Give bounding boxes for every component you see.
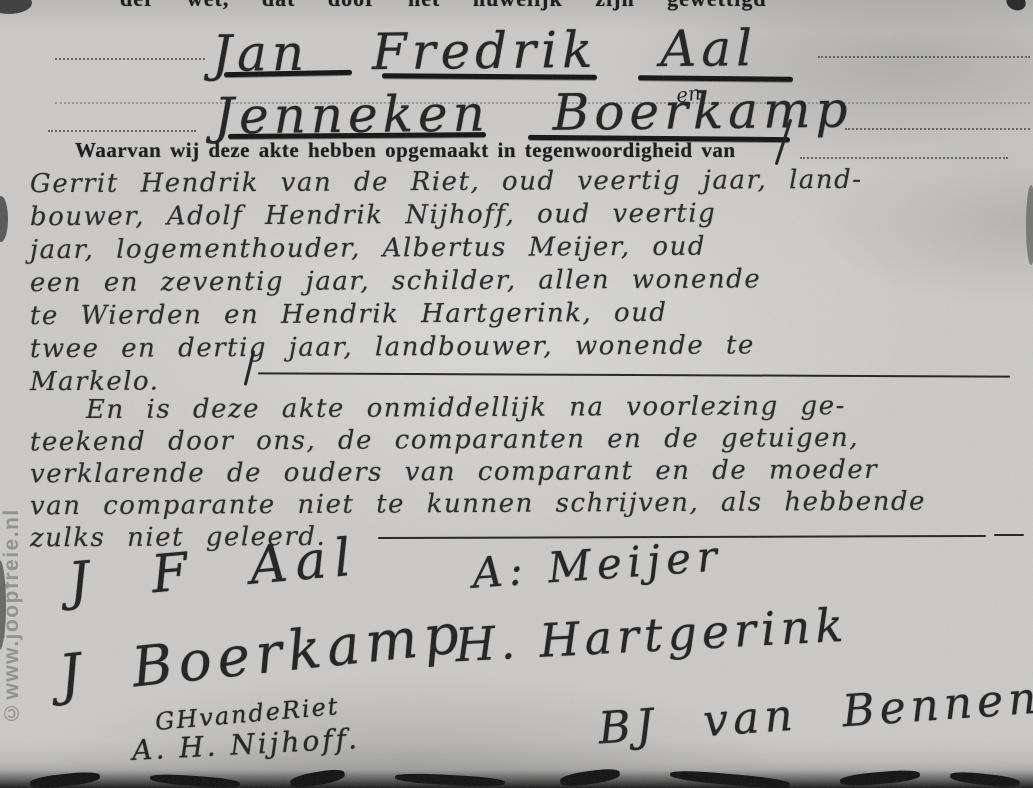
cutoff-writing	[395, 772, 505, 788]
paragraph-line: verklarende de ouders van comparant en d…	[30, 454, 926, 491]
cutoff-writing	[559, 767, 620, 788]
paragraph-line: jaar, logementhouder, Albertus Meijer, o…	[30, 230, 863, 267]
cutoff-writing	[670, 769, 791, 788]
top-clipped-printed-line: der wet, dat door het huwelijk zijn gewe…	[120, 0, 1033, 12]
paragraph-line: Gerrit Hendrik van de Riet, oud veertig …	[30, 164, 863, 201]
paragraph-line: van comparante niet te kunnen schrijven,…	[30, 486, 926, 523]
paragraph-line: En is deze akte onmiddellijk na voorlezi…	[30, 390, 926, 427]
printed-clause: Waarvan wij deze akte hebben opgemaakt i…	[75, 138, 736, 163]
cutoff-writing	[150, 773, 240, 788]
paragraph-line: teekend door ons, de comparanten en de g…	[30, 422, 926, 459]
cutoff-writing	[950, 770, 1021, 788]
signature-bride: J Boerkamp	[56, 601, 468, 707]
cutoff-writing	[840, 769, 921, 788]
witness-paragraph: Gerrit Hendrik van de Riet, oud veertig …	[30, 166, 863, 397]
edge-shadow	[0, 196, 8, 242]
dotted-rule	[800, 157, 1008, 159]
dotted-rule	[55, 58, 205, 60]
cutoff-writing	[30, 770, 101, 788]
signature-witness-hartgerink: H. Hartgerink	[454, 598, 850, 673]
dotted-rule	[845, 128, 1030, 130]
paragraph-line: te Wierden en Hendrik Hartgerink, oud	[30, 296, 863, 333]
closing-paragraph: En is deze akte onmiddellijk na voorlezi…	[30, 392, 926, 552]
paragraph-line: een en zeventig jaar, schilder, allen wo…	[30, 263, 863, 300]
dotted-rule	[48, 130, 196, 132]
edge-shadow	[1026, 185, 1033, 265]
dotted-rule	[818, 56, 1030, 58]
cutoff-writing	[289, 767, 345, 788]
watermark: ©www.joopfreie.nl	[0, 372, 24, 724]
signature-registrar: BJ van Bennen	[597, 673, 1033, 755]
fill-line	[994, 534, 1024, 536]
paragraph-line: twee en dertig jaar, landbouwer, wonende…	[30, 329, 863, 366]
paragraph-line: bouwer, Adolf Hendrik Nijhoff, oud veert…	[30, 197, 863, 234]
document-scan: der wet, dat door het huwelijk zijn gewe…	[0, 0, 1033, 788]
ink-blot	[0, 0, 32, 14]
bottom-tear-strip	[0, 762, 1033, 788]
